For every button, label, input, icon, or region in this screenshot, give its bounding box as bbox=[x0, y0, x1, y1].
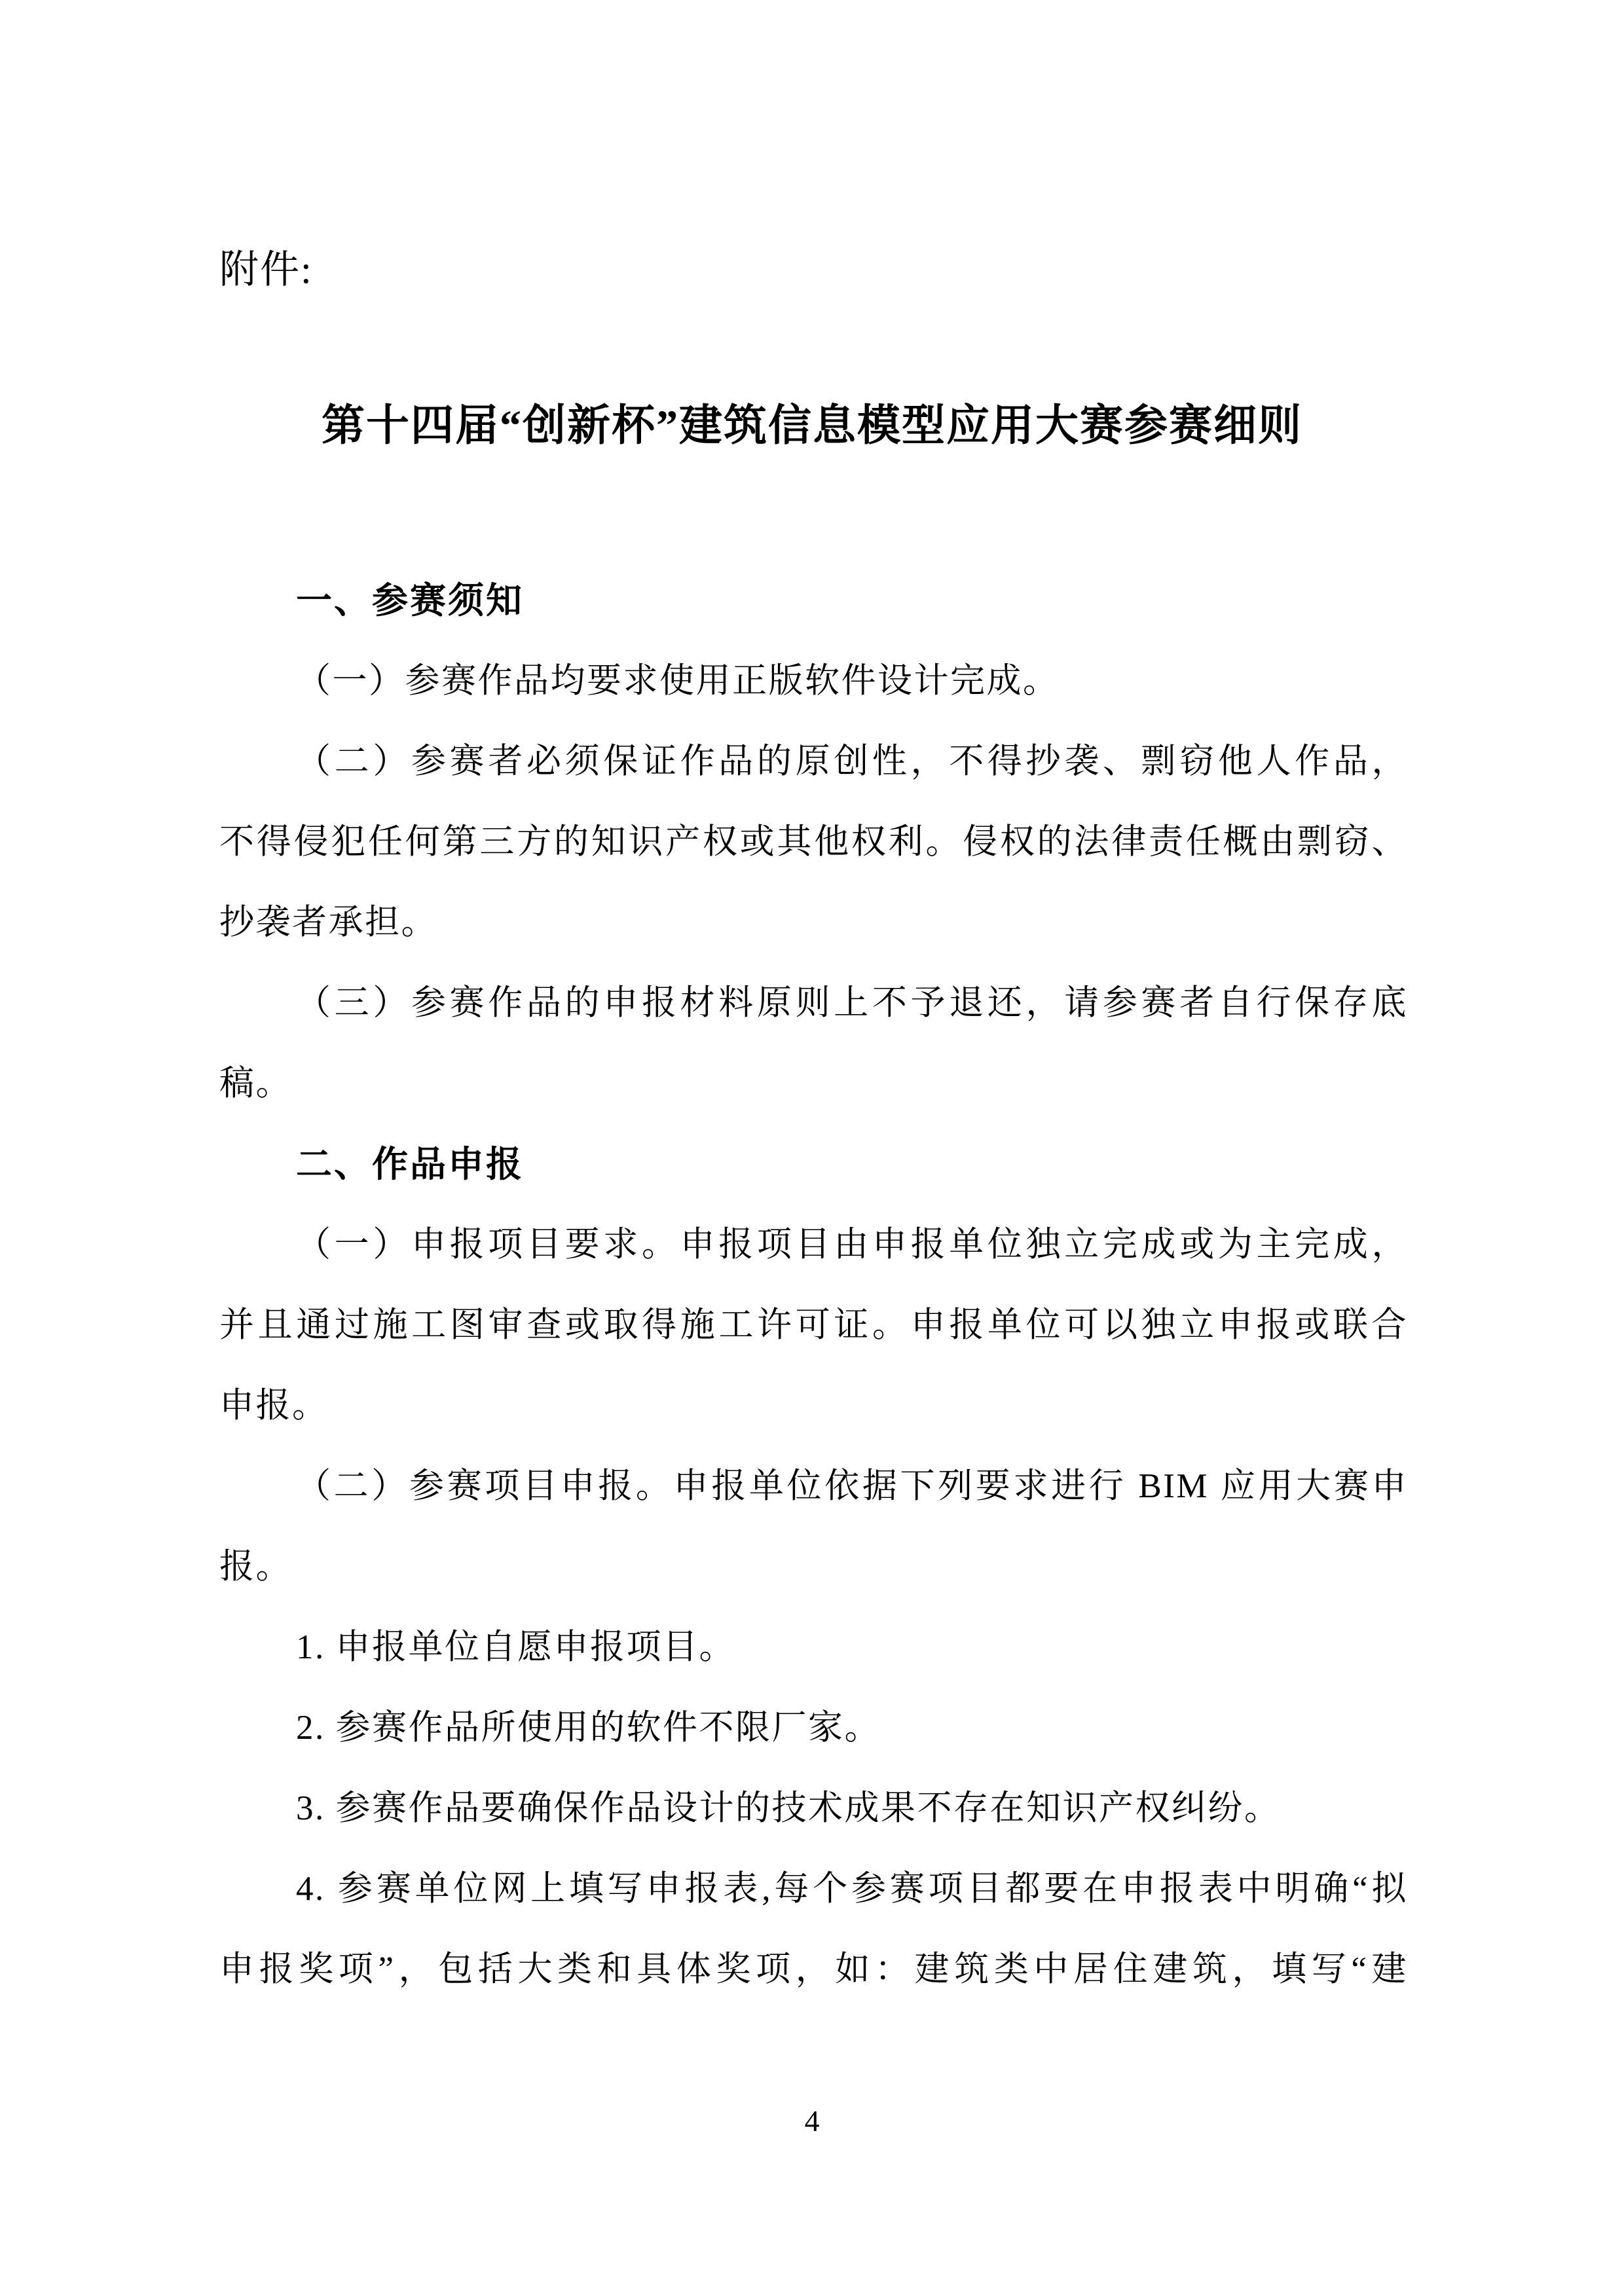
body-line: （二）参赛项目申报。申报单位依据下列要求进行 BIM 应用大赛申 bbox=[219, 1446, 1408, 1527]
body-line: 抄袭者承担。 bbox=[219, 883, 1408, 963]
section-heading: 一、参赛须知 bbox=[219, 560, 1408, 641]
document-title: 第十四届“创新杯”建筑信息模型应用大赛参赛细则 bbox=[0, 399, 1624, 454]
body-line: （三）参赛作品的申报材料原则上不予退还，请参赛者自行保存底 bbox=[219, 963, 1408, 1044]
section-heading: 二、作品申报 bbox=[219, 1124, 1408, 1205]
body-line: 3. 参赛作品要确保作品设计的技术成果不存在知识产权纠纷。 bbox=[219, 1768, 1408, 1849]
body-line: 不得侵犯任何第三方的知识产权或其他权利。侵权的法律责任概由剽窃、 bbox=[219, 802, 1408, 883]
body-line: 申报。 bbox=[219, 1366, 1408, 1446]
document-page: 附件: 第十四届“创新杯”建筑信息模型应用大赛参赛细则 一、参赛须知（一）参赛作… bbox=[0, 0, 1624, 2296]
page-number: 4 bbox=[0, 2103, 1624, 2139]
body-line: （一）参赛作品均要求使用正版软件设计完成。 bbox=[219, 641, 1408, 721]
body-line: 2. 参赛作品所使用的软件不限厂家。 bbox=[219, 1688, 1408, 1768]
body-line: 报。 bbox=[219, 1527, 1408, 1607]
body-line: 4. 参赛单位网上填写申报表,每个参赛项目都要在申报表中明确“拟 bbox=[219, 1849, 1408, 1929]
body-line: 并且通过施工图审查或取得施工许可证。申报单位可以独立申报或联合 bbox=[219, 1285, 1408, 1366]
body-line: 申报奖项”，包括大类和具体奖项，如：建筑类中居住建筑，填写“建 bbox=[219, 1929, 1408, 2010]
document-body: 一、参赛须知（一）参赛作品均要求使用正版软件设计完成。（二）参赛者必须保证作品的… bbox=[219, 560, 1408, 2010]
body-line: （二）参赛者必须保证作品的原创性，不得抄袭、剽窃他人作品， bbox=[219, 721, 1408, 802]
body-line: 稿。 bbox=[219, 1044, 1408, 1124]
attachment-label: 附件: bbox=[219, 246, 313, 293]
body-line: （一）申报项目要求。申报项目由申报单位独立完成或为主完成， bbox=[219, 1205, 1408, 1285]
body-line: 1. 申报单位自愿申报项目。 bbox=[219, 1607, 1408, 1688]
